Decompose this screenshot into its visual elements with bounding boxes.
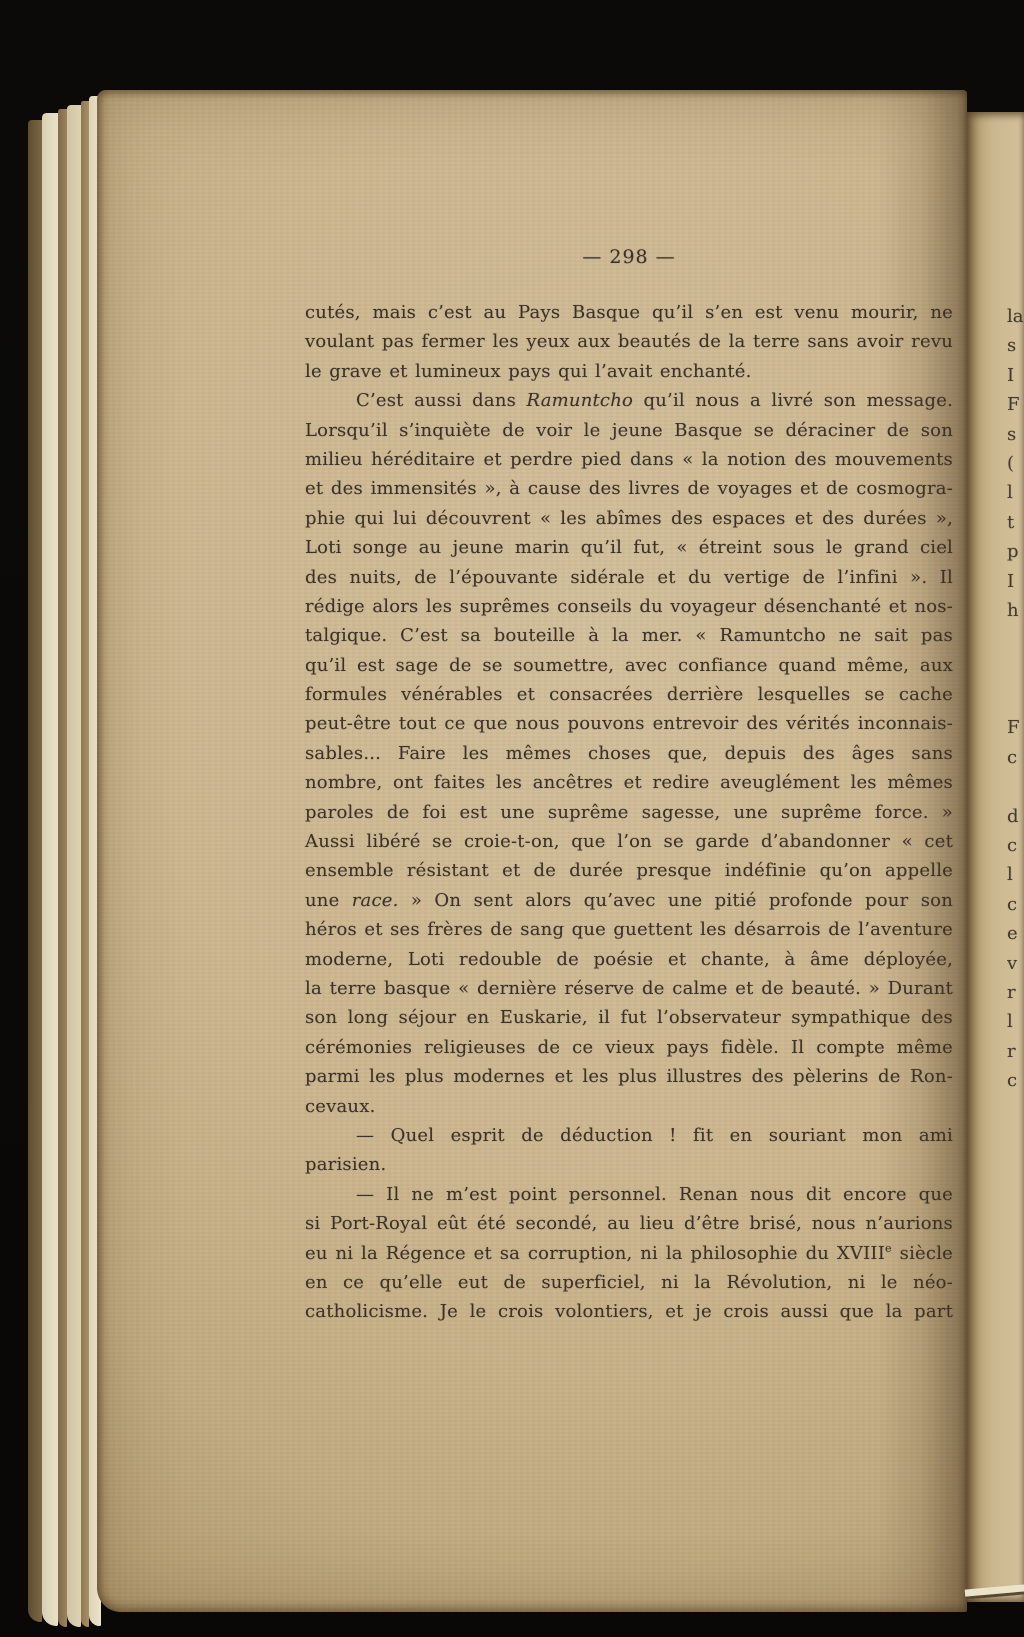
facing-text-fragment: I (1007, 361, 1024, 390)
facing-text-fragment: c (1007, 890, 1024, 919)
text-line: la terre basque « dernière réserve de ca… (305, 974, 953, 1003)
gutter-shadow (877, 90, 967, 1612)
text-line: héros et ses frères de sang que guettent… (305, 915, 953, 944)
page-edge-strip (42, 113, 58, 1626)
text-run: — Quel esprit de déduction ! fit en sour… (356, 1125, 953, 1146)
text-run: milieu héréditaire et perdre pied dans «… (305, 449, 953, 470)
facing-text-fragment: s (1007, 331, 1024, 360)
text-run: parmi les plus modernes et les plus illu… (305, 1066, 953, 1087)
text-line: si Port-Royal eût été secondé, au lieu d… (305, 1209, 953, 1238)
facing-text-fragment: d (1007, 802, 1024, 831)
text-run: moderne, Loti redouble de poésie et chan… (305, 949, 953, 970)
text-run: héros et ses frères de sang que guettent… (305, 919, 953, 940)
text-line: et des immensités », à cause des livres … (305, 474, 953, 503)
page-edge-strip (28, 120, 42, 1622)
text-line: talgique. C’est sa bouteille à la mer. «… (305, 621, 953, 650)
facing-text-fragment: r (1007, 978, 1024, 1007)
facing-text-fragment: ( (1007, 449, 1024, 478)
facing-text-fragment: la (1007, 302, 1024, 331)
text-line: une race. » On sent alors qu’avec une pi… (305, 886, 953, 915)
text-line: C’est aussi dans Ramuntcho qu’il nous a … (305, 386, 953, 415)
text-line: Aussi libéré se croie-t-on, que l’on se … (305, 827, 953, 856)
facing-text-fragment: p (1007, 537, 1024, 566)
text-run: nombre, ont faites les ancêtres et redir… (305, 772, 953, 793)
text-line: paroles de foi est une suprême sagesse, … (305, 798, 953, 827)
text-run: » On sent alors qu’avec une pitié profon… (399, 890, 953, 911)
text-line: catholicisme. Je le crois volontiers, et… (305, 1297, 953, 1326)
text-run: phie qui lui découvrent « les abîmes des… (305, 508, 953, 529)
text-run: ensemble résistant et de durée presque i… (305, 860, 953, 881)
page-text-block: cutés, mais c’est au Pays Basque qu’il s… (305, 298, 953, 1327)
text-line: cevaux. (305, 1092, 953, 1121)
book-page-left: — 298 — cutés, mais c’est au Pays Basque… (97, 90, 967, 1612)
text-line: phie qui lui découvrent « les abîmes des… (305, 504, 953, 533)
text-run: eu ni la Régence et sa corruption, ni la… (305, 1243, 885, 1264)
facing-text-fragment: c (1007, 831, 1024, 860)
text-line: le grave et lumineux pays qui l’avait en… (305, 357, 953, 386)
facing-text-fragment: r (1007, 1037, 1024, 1066)
facing-text-fragment (1007, 625, 1024, 654)
paragraph: — Quel esprit de déduction ! fit en sour… (305, 1121, 953, 1180)
text-line: voulant pas fermer les yeux aux beautés … (305, 327, 953, 356)
text-line: — Quel esprit de déduction ! fit en sour… (305, 1121, 953, 1150)
text-line: formules vénérables et consacrées derriè… (305, 680, 953, 709)
text-line: en ce qu’elle eut de superficiel, ni la … (305, 1268, 953, 1297)
text-run: une (305, 890, 352, 911)
text-line: cutés, mais c’est au Pays Basque qu’il s… (305, 298, 953, 327)
text-run: rédige alors les suprêmes conseils du vo… (305, 596, 953, 617)
text-run: des nuits, de l’épouvante sidérale et du… (305, 567, 953, 588)
italic-text: Ramuntcho (527, 390, 634, 411)
text-run: formules vénérables et consacrées derriè… (305, 684, 953, 705)
text-line: ensemble résistant et de durée presque i… (305, 856, 953, 885)
text-run: en ce qu’elle eut de superficiel, ni la … (305, 1272, 953, 1293)
facing-text-fragment: t (1007, 508, 1024, 537)
text-line: — Il ne m’est point personnel. Renan nou… (305, 1180, 953, 1209)
text-line: son long séjour en Euskarie, il fut l’ob… (305, 1003, 953, 1032)
facing-text-fragment: F (1007, 713, 1024, 742)
facing-text-fragment: c (1007, 1066, 1024, 1095)
text-run: Lorsqu’il s’inquiète de voir le jeune Ba… (305, 420, 953, 441)
text-line: sables... Faire les mêmes choses que, de… (305, 739, 953, 768)
facing-page-text-fragments: lasIFs(ltpIhFcdclcevrlrc (1007, 302, 1024, 1096)
page-edge-strip (67, 105, 81, 1627)
facing-text-fragment: s (1007, 420, 1024, 449)
facing-text-fragment: I (1007, 567, 1024, 596)
text-run: le grave et lumineux pays qui l’avait en… (305, 361, 752, 382)
facing-text-fragment (1007, 684, 1024, 713)
text-line: milieu héréditaire et perdre pied dans «… (305, 445, 953, 474)
text-line: Loti songe au jeune marin qu’il fut, « é… (305, 533, 953, 562)
text-run: parisien. (305, 1154, 386, 1175)
text-run: la terre basque « dernière réserve de ca… (305, 978, 953, 999)
facing-text-fragment: v (1007, 949, 1024, 978)
facing-text-fragment: l (1007, 478, 1024, 507)
paragraph: — Il ne m’est point personnel. Renan nou… (305, 1180, 953, 1327)
text-line: moderne, Loti redouble de poésie et chan… (305, 945, 953, 974)
facing-text-fragment: F (1007, 390, 1024, 419)
text-run: si Port-Royal eût été secondé, au lieu d… (305, 1213, 953, 1234)
facing-text-fragment: e (1007, 919, 1024, 948)
paragraph: C’est aussi dans Ramuntcho qu’il nous a … (305, 386, 953, 1121)
facing-text-fragment (1007, 655, 1024, 684)
text-line: parisien. (305, 1150, 953, 1179)
text-line: peut-être tout ce que nous pouvons entre… (305, 709, 953, 738)
text-run: cutés, mais c’est au Pays Basque qu’il s… (305, 302, 953, 323)
text-line: rédige alors les suprêmes conseils du vo… (305, 592, 953, 621)
text-run: Loti songe au jeune marin qu’il fut, « é… (305, 537, 953, 558)
italic-text: race. (352, 890, 399, 911)
text-run: peut-être tout ce que nous pouvons entre… (305, 713, 953, 734)
paragraph: cutés, mais c’est au Pays Basque qu’il s… (305, 298, 953, 386)
text-run: talgique. C’est sa bouteille à la mer. «… (305, 625, 953, 646)
page-edge-strip (81, 101, 89, 1627)
text-run: sables... Faire les mêmes choses que, de… (305, 743, 953, 764)
facing-text-fragment: c (1007, 743, 1024, 772)
facing-page-sliver: lasIFs(ltpIhFcdclcevrlrc (967, 112, 1024, 1602)
facing-text-fragment: l (1007, 1007, 1024, 1036)
text-run: et des immensités », à cause des livres … (305, 478, 953, 499)
text-line: des nuits, de l’épouvante sidérale et du… (305, 563, 953, 592)
text-run: cérémonies religieuses de ce vieux pays … (305, 1037, 953, 1058)
text-run: Aussi libéré se croie-t-on, que l’on se … (305, 831, 953, 852)
text-line: nombre, ont faites les ancêtres et redir… (305, 768, 953, 797)
facing-text-fragment: l (1007, 860, 1024, 889)
text-line: cérémonies religieuses de ce vieux pays … (305, 1033, 953, 1062)
page-edge-strip (58, 109, 67, 1627)
text-line: eu ni la Régence et sa corruption, ni la… (305, 1239, 953, 1268)
text-run: C’est aussi dans (356, 390, 527, 411)
text-run: qu’il est sage de se soumettre, avec con… (305, 655, 953, 676)
page-number: — 298 — (305, 246, 953, 268)
text-run: son long séjour en Euskarie, il fut l’ob… (305, 1007, 953, 1028)
text-line: parmi les plus modernes et les plus illu… (305, 1062, 953, 1091)
text-line: Lorsqu’il s’inquiète de voir le jeune Ba… (305, 416, 953, 445)
book-scan: — 298 — cutés, mais c’est au Pays Basque… (0, 0, 1024, 1637)
text-run: catholicisme. Je le crois volontiers, et… (305, 1301, 953, 1322)
text-run: cevaux. (305, 1096, 376, 1117)
text-run: paroles de foi est une suprême sagesse, … (305, 802, 953, 823)
facing-text-fragment: h (1007, 596, 1024, 625)
text-run: voulant pas fermer les yeux aux beautés … (305, 331, 953, 352)
text-line: qu’il est sage de se soumettre, avec con… (305, 651, 953, 680)
text-run: — Il ne m’est point personnel. Renan nou… (356, 1184, 953, 1205)
facing-text-fragment (1007, 772, 1024, 801)
